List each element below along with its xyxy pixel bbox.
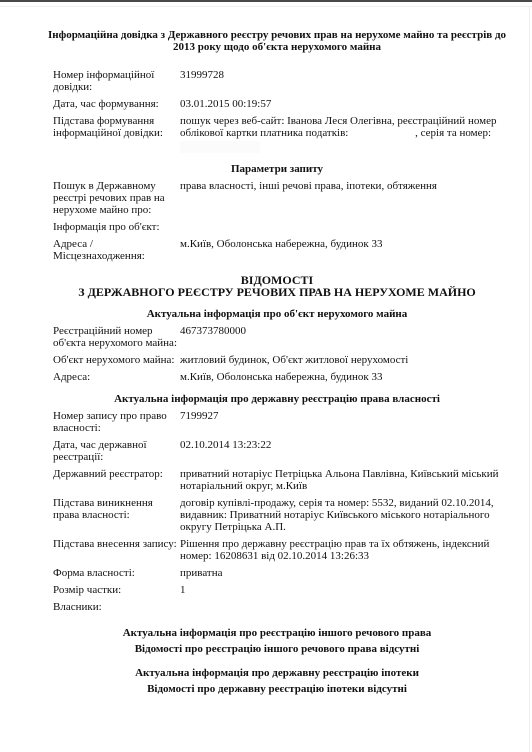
ownership-info-heading: Актуальна інформація про державну реєстр…: [53, 393, 501, 405]
field-value: 7199927: [180, 410, 501, 434]
document-page: Інформаційна довідка з Державного реєстр…: [53, 29, 501, 697]
mortgage-section: Актуальна інформація про державну реєстр…: [53, 665, 501, 697]
mortgage-note: Відомості про державну реєстрацію іпотек…: [53, 681, 501, 697]
field-query-address: Адреса / Місцезнаходження: м.Київ, Оболо…: [53, 238, 501, 262]
field-label: Дата, час формування:: [53, 98, 180, 110]
other-rights-note: Відомості про реєстрацію іншого речового…: [53, 641, 501, 657]
field-label: Дата, час державної реєстрації:: [53, 439, 180, 463]
other-rights-heading: Актуальна інформація про реєстрацію іншо…: [53, 625, 501, 641]
field-object-address: Адреса: м.Київ, Оболонська набережна, бу…: [53, 371, 501, 383]
field-state-registrar: Державний реєстратор: приватний нотаріус…: [53, 468, 501, 492]
field-object-type: Об'єкт нерухомого майна: житловий будино…: [53, 354, 501, 366]
field-object-reg-number: Реєстраційний номер об'єкта нерухомого м…: [53, 325, 501, 349]
field-generation-datetime: Дата, час формування: 03.01.2015 00:19:5…: [53, 98, 501, 110]
field-value: житловий будинок, Об'єкт житлової нерухо…: [180, 354, 501, 366]
field-label: Інформація про об'єкт:: [53, 221, 213, 233]
field-search-scope: Пошук в Державному реєстрі речових прав …: [53, 180, 501, 216]
registry-heading-line2: З ДЕРЖАВНОГО РЕЄСТРУ РЕЧОВИХ ПРАВ НА НЕР…: [53, 286, 501, 298]
scrollbar-track: [529, 6, 530, 752]
field-ownership-record-number: Номер запису про право власності: 719992…: [53, 410, 501, 434]
field-label: Підстава виникнення права власності:: [53, 497, 180, 533]
field-label: Об'єкт нерухомого майна:: [53, 354, 180, 366]
redacted-tax-number: [351, 128, 415, 138]
field-value: 02.10.2014 13:23:22: [180, 439, 501, 463]
field-object-info: Інформація про об'єкт:: [53, 221, 501, 233]
field-value: м.Київ, Оболонська набережна, будинок 33: [180, 238, 501, 262]
field-label: Номер інформаційної довідки:: [53, 69, 180, 93]
field-ownership-form: Форма власності: приватна: [53, 567, 501, 579]
field-label: Форма власності:: [53, 567, 180, 579]
redacted-passport-number: [180, 141, 260, 153]
field-label: Пошук в Державному реєстрі речових прав …: [53, 180, 180, 216]
object-info-heading: Актуальна інформація про об'єкт нерухомо…: [53, 308, 501, 320]
divider: [0, 6, 532, 7]
field-entry-basis: Підстава внесення запису: Рішення про де…: [53, 538, 501, 562]
field-label: Власники:: [53, 601, 180, 613]
field-label: Підстава формування інформаційної довідк…: [53, 115, 180, 139]
field-value: приватна: [180, 567, 501, 579]
document-title: Інформаційна довідка з Державного реєстр…: [47, 29, 507, 53]
other-rights-section: Актуальна інформація про реєстрацію іншо…: [53, 625, 501, 657]
field-value: права власності, інші речові права, іпот…: [180, 180, 501, 216]
field-registration-datetime: Дата, час державної реєстрації: 02.10.20…: [53, 439, 501, 463]
query-params-heading: Параметри запиту: [53, 163, 501, 175]
field-value: приватний нотаріус Петріцька Альона Павл…: [180, 468, 501, 492]
field-ownership-basis: Підстава виникнення права власності: дог…: [53, 497, 501, 533]
field-label: Державний реєстратор:: [53, 468, 180, 492]
basis-text-tail: , серія та номер:: [415, 127, 491, 139]
field-label: Адреса:: [53, 371, 180, 383]
field-value: м.Київ, Оболонська набережна, будинок 33: [180, 371, 501, 383]
field-label: Розмір частки:: [53, 584, 180, 596]
field-value: [180, 601, 501, 613]
spacer: [53, 657, 501, 665]
registry-heading: ВІДОМОСТІ З ДЕРЖАВНОГО РЕЄСТРУ РЕЧОВИХ П…: [53, 274, 501, 298]
field-owners: Власники:: [53, 601, 501, 613]
field-label: Підстава внесення запису:: [53, 538, 180, 562]
field-label: Адреса / Місцезнаходження:: [53, 238, 180, 262]
field-share-size: Розмір частки: 1: [53, 584, 501, 596]
field-value: [213, 221, 501, 233]
field-value: 03.01.2015 00:19:57: [180, 98, 501, 110]
mortgage-heading: Актуальна інформація про державну реєстр…: [53, 665, 501, 681]
field-value: пошук через веб-сайт: Іванова Леся Олегі…: [180, 115, 501, 139]
field-certificate-number: Номер інформаційної довідки: 31999728: [53, 69, 501, 93]
field-generation-basis: Підстава формування інформаційної довідк…: [53, 115, 501, 139]
window-top-border: [0, 0, 532, 2]
field-label: Реєстраційний номер об'єкта нерухомого м…: [53, 325, 180, 349]
field-value: Рішення про державну реєстрацію прав та …: [180, 538, 501, 562]
field-value: договір купівлі-продажу, серія та номер:…: [180, 497, 501, 533]
field-label: Номер запису про право власності:: [53, 410, 180, 434]
field-value: 467373780000: [180, 325, 501, 349]
field-value: 1: [180, 584, 501, 596]
field-value: 31999728: [180, 69, 501, 93]
